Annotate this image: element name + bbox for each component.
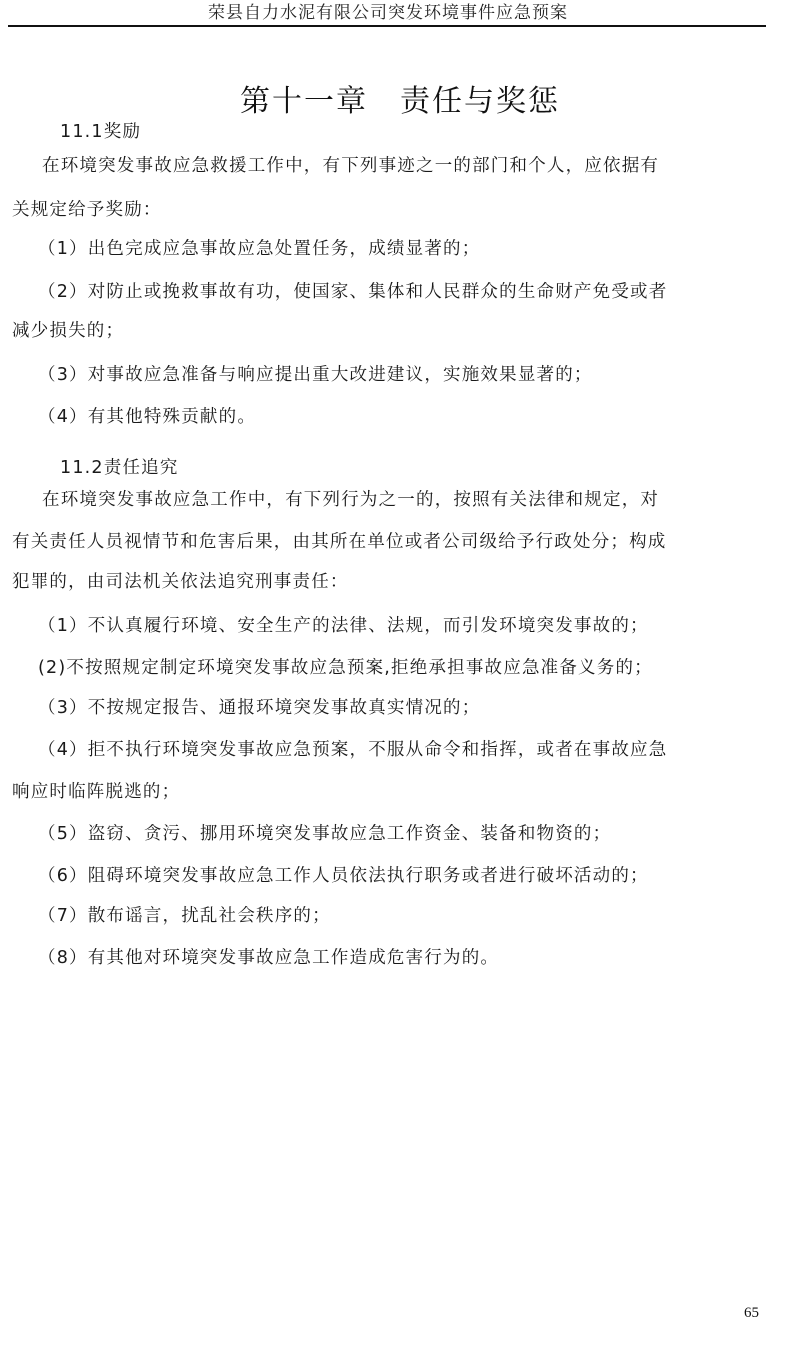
list-item: （4）有其他特殊贡献的。: [38, 403, 256, 431]
header-divider: [8, 25, 766, 27]
list-item-continuation: 响应时临阵脱逃的；: [12, 778, 180, 806]
list-item-continuation: 减少损失的；: [12, 317, 124, 345]
list-item: （2）对防止或挽救事故有功，使国家、集体和人民群众的生命财产免受或者: [38, 278, 667, 306]
paragraph-line: 关规定给予奖励：: [12, 196, 162, 224]
paragraph-line: 在环境突发事故应急工作中，有下列行为之一的，按照有关法律和规定，对: [42, 486, 659, 514]
paragraph-line: 在环境突发事故应急救援工作中，有下列事迹之一的部门和个人，应依据有: [42, 152, 659, 180]
list-item: （5）盗窃、贪污、挪用环境突发事故应急工作资金、装备和物资的；: [38, 820, 611, 848]
section-heading-liability: 11.2责任追究: [60, 454, 179, 482]
list-item: (2)不按照规定制定环境突发事故应急预案,拒绝承担事故应急准备义务的；: [38, 654, 653, 682]
list-item: （6）阻碍环境突发事故应急工作人员依法执行职务或者进行破坏活动的；: [38, 862, 649, 890]
running-header: 荣县自力水泥有限公司突发环境事件应急预案: [8, 0, 768, 26]
list-item: （4）拒不执行环境突发事故应急预案，不服从命令和指挥，或者在事故应急: [38, 736, 667, 764]
section-heading-reward: 11.1奖励: [60, 118, 141, 146]
list-item: （1）不认真履行环境、安全生产的法律、法规，而引发环境突发事故的；: [38, 612, 649, 640]
paragraph-line: 犯罪的，由司法机关依法追究刑事责任：: [12, 568, 349, 596]
list-item: （7）散布谣言，扰乱社会秩序的；: [38, 902, 331, 930]
list-item: （1）出色完成应急事故应急处置任务，成绩显著的；: [38, 235, 480, 263]
list-item: （8）有其他对环境突发事故应急工作造成危害行为的。: [38, 944, 499, 972]
paragraph-line: 有关责任人员视情节和危害后果，由其所在单位或者公司级给予行政处分；构成: [12, 528, 667, 556]
list-item: （3）不按规定报告、通报环境突发事故真实情况的；: [38, 694, 480, 722]
list-item: （3）对事故应急准备与响应提出重大改进建议，实施效果显著的；: [38, 361, 593, 389]
page-number: 65: [744, 1305, 759, 1322]
